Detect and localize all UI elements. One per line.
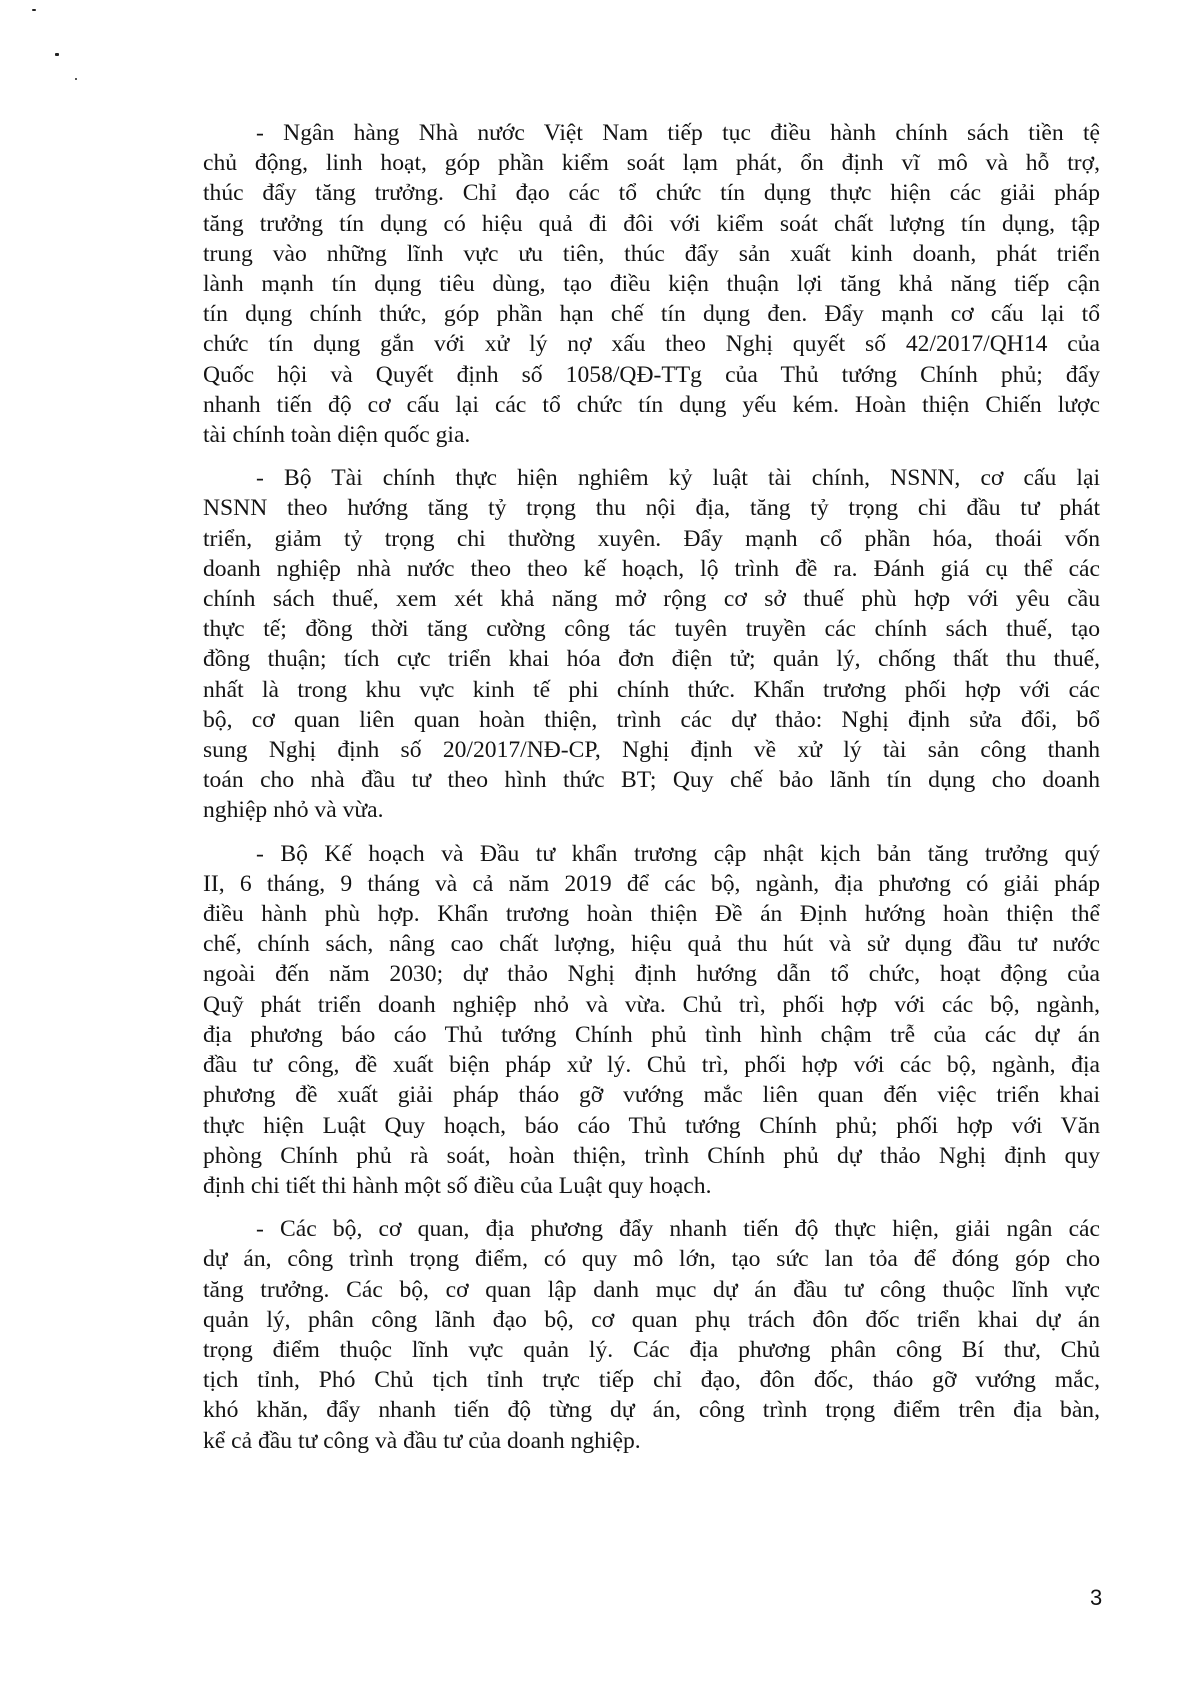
text-line: trọng điểm thuộc lĩnh vực quản lý. Các đ… xyxy=(203,1335,1100,1365)
text-line: khó khăn, đẩy nhanh tiến độ từng dự án, … xyxy=(203,1395,1100,1425)
text-line: chủ động, linh hoạt, góp phần kiểm soát … xyxy=(203,148,1100,178)
text-line: - Các bộ, cơ quan, địa phương đẩy nhanh … xyxy=(203,1214,1100,1244)
text-line: định chi tiết thi hành một số điều của L… xyxy=(203,1171,1100,1201)
text-line: toán cho nhà đầu tư theo hình thức BT; Q… xyxy=(203,765,1100,795)
text-line: chức tín dụng gắn với xử lý nợ xấu theo … xyxy=(203,329,1100,359)
text-line: Quốc hội và Quyết định số 1058/QĐ-TTg củ… xyxy=(203,360,1100,390)
text-line: Quỹ phát triển doanh nghiệp nhỏ và vừa. … xyxy=(203,990,1100,1020)
text-line: lành mạnh tín dụng tiêu dùng, tạo điều k… xyxy=(203,269,1100,299)
text-line: địa phương báo cáo Thủ tướng Chính phủ t… xyxy=(203,1020,1100,1050)
text-line: tịch tỉnh, Phó Chủ tịch tỉnh trực tiếp c… xyxy=(203,1365,1100,1395)
text-line: đầu tư công, đề xuất biện pháp xử lý. Ch… xyxy=(203,1050,1100,1080)
text-line: thực tế; đồng thời tăng cường công tác t… xyxy=(203,614,1100,644)
text-line: bộ, cơ quan liên quan hoàn thiện, trình … xyxy=(203,705,1100,735)
text-line: quản lý, phân công lãnh đạo bộ, cơ quan … xyxy=(203,1305,1100,1335)
text-line: tài chính toàn diện quốc gia. xyxy=(203,420,1100,450)
paragraph-ministry-finance: - Bộ Tài chính thực hiện nghiêm kỷ luật … xyxy=(203,463,1100,825)
page-number: 3 xyxy=(1090,1585,1102,1611)
text-line: - Bộ Tài chính thực hiện nghiêm kỷ luật … xyxy=(203,463,1100,493)
text-line: - Bộ Kế hoạch và Đầu tư khẩn trương cập … xyxy=(203,839,1100,869)
paragraph-ministry-planning-investment: - Bộ Kế hoạch và Đầu tư khẩn trương cập … xyxy=(203,839,1100,1201)
text-line: chính sách thuế, xem xét khả năng mở rộn… xyxy=(203,584,1100,614)
text-line: NSNN theo hướng tăng tỷ trọng thu nội đị… xyxy=(203,493,1100,523)
text-line: tín dụng chính thức, góp phần hạn chế tí… xyxy=(203,299,1100,329)
text-line: ngoài đến năm 2030; dự thảo Nghị định hư… xyxy=(203,959,1100,989)
text-line: - Ngân hàng Nhà nước Việt Nam tiếp tục đ… xyxy=(203,118,1100,148)
text-line: II, 6 tháng, 9 tháng và cả năm 2019 để c… xyxy=(203,869,1100,899)
text-line: điều hành phù hợp. Khẩn trương hoàn thiệ… xyxy=(203,899,1100,929)
text-line: thúc đẩy tăng trưởng. Chỉ đạo các tổ chứ… xyxy=(203,178,1100,208)
text-line: doanh nghiệp nhà nước theo theo kế hoạch… xyxy=(203,554,1100,584)
text-line: nhanh tiến độ cơ cấu lại các tổ chức tín… xyxy=(203,390,1100,420)
text-line: đồng thuận; tích cực triển khai hóa đơn … xyxy=(203,644,1100,674)
text-line: sung Nghị định số 20/2017/NĐ-CP, Nghị đị… xyxy=(203,735,1100,765)
text-line: phương đề xuất giải pháp tháo gỡ vướng m… xyxy=(203,1080,1100,1110)
text-line: nhất là trong khu vực kinh tế phi chính … xyxy=(203,675,1100,705)
paragraph-state-bank: - Ngân hàng Nhà nước Việt Nam tiếp tục đ… xyxy=(203,118,1100,450)
text-line: nghiệp nhỏ và vừa. xyxy=(203,795,1100,825)
text-line: triển, giảm tỷ trọng chi thường xuyên. Đ… xyxy=(203,524,1100,554)
text-line: thực hiện Luật Quy hoạch, báo cáo Thủ tư… xyxy=(203,1111,1100,1141)
document-body: - Ngân hàng Nhà nước Việt Nam tiếp tục đ… xyxy=(203,118,1100,1469)
scan-speck xyxy=(75,78,77,80)
text-line: trung vào những lĩnh vực ưu tiên, thúc đ… xyxy=(203,239,1100,269)
text-line: tăng trưởng. Các bộ, cơ quan lập danh mụ… xyxy=(203,1275,1100,1305)
scan-speck xyxy=(32,9,36,11)
paragraph-ministries-localities: - Các bộ, cơ quan, địa phương đẩy nhanh … xyxy=(203,1214,1100,1456)
document-page: - Ngân hàng Nhà nước Việt Nam tiếp tục đ… xyxy=(0,0,1202,1684)
text-line: tăng trưởng tín dụng có hiệu quả đi đôi … xyxy=(203,209,1100,239)
text-line: phòng Chính phủ rà soát, hoàn thiện, trì… xyxy=(203,1141,1100,1171)
text-line: dự án, công trình trọng điểm, có quy mô … xyxy=(203,1244,1100,1274)
text-line: chế, chính sách, nâng cao chất lượng, hi… xyxy=(203,929,1100,959)
scan-speck xyxy=(55,53,59,56)
text-line: kể cả đầu tư công và đầu tư của doanh ng… xyxy=(203,1426,1100,1456)
